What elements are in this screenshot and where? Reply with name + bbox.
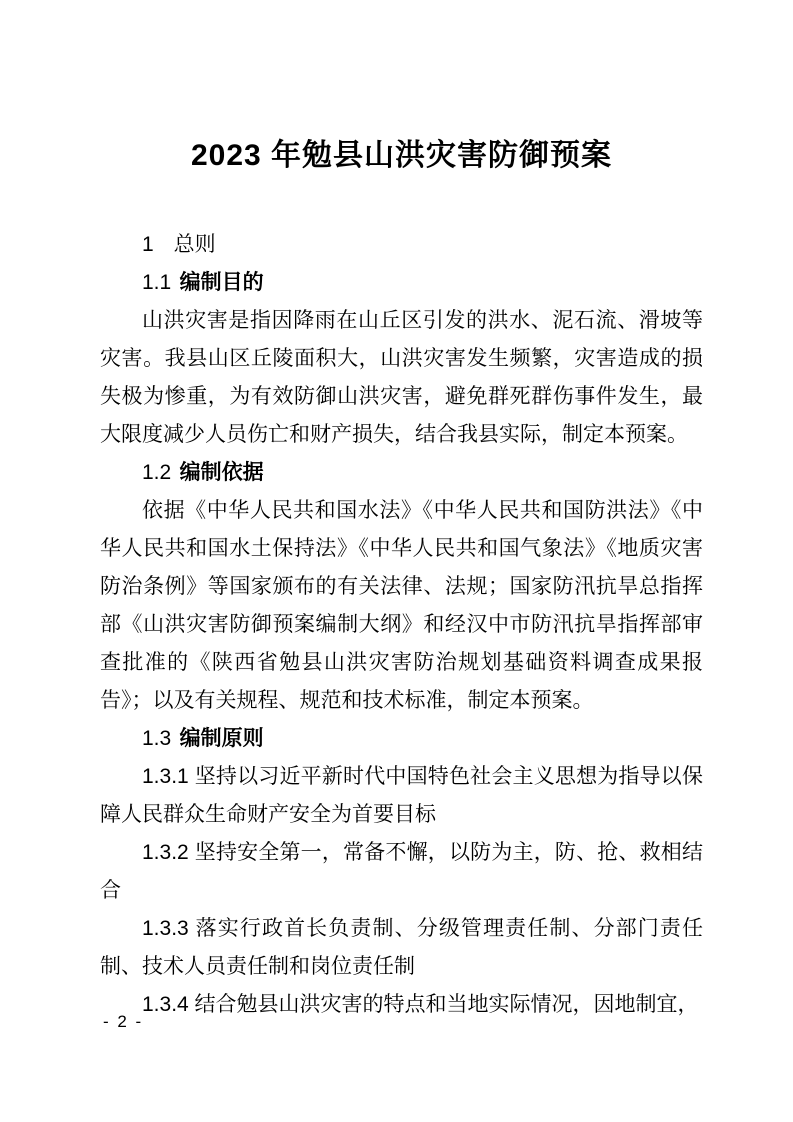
- paragraph-principle-3: 1.3.3 落实行政首长负责制、分级管理责任制、分部门责任制、技术人员责任制和岗…: [100, 910, 703, 986]
- page-number: - 2 -: [103, 1012, 143, 1032]
- chapter-title: 总则: [174, 233, 216, 256]
- section-title: 编制依据: [180, 461, 264, 484]
- chapter-heading: 1总则: [100, 226, 703, 264]
- section-heading-editorial-principles: 1.3编制原则: [100, 720, 703, 758]
- document-body: 1总则 1.1编制目的 山洪灾害是指因降雨在山丘区引发的洪水、泥石流、滑坡等灾害…: [100, 226, 703, 1024]
- section-number: 1.2: [142, 461, 171, 484]
- section-heading-editorial-basis: 1.2编制依据: [100, 454, 703, 492]
- section-heading-editorial-purpose: 1.1编制目的: [100, 264, 703, 302]
- document-title: 2023 年勉县山洪灾害防御预案: [100, 138, 703, 174]
- page-content: 2023 年勉县山洪灾害防御预案 1总则 1.1编制目的 山洪灾害是指因降雨在山…: [100, 0, 703, 1024]
- paragraph-principle-2: 1.3.2 坚持安全第一，常备不懈，以防为主，防、抢、救相结合: [100, 834, 703, 910]
- section-number: 1.1: [142, 271, 171, 294]
- document-page: 2023 年勉县山洪灾害防御预案 1总则 1.1编制目的 山洪灾害是指因降雨在山…: [0, 0, 793, 1122]
- section-title: 编制目的: [180, 271, 264, 294]
- chapter-number: 1: [142, 233, 154, 256]
- paragraph-basis: 依据《中华人民共和国水法》《中华人民共和国防洪法》《中华人民共和国水土保持法》《…: [100, 492, 703, 720]
- section-title: 编制原则: [180, 727, 264, 750]
- paragraph-principle-4: 1.3.4 结合勉县山洪灾害的特点和当地实际情况，因地制宜，: [100, 986, 703, 1024]
- paragraph-principle-1: 1.3.1 坚持以习近平新时代中国特色社会主义思想为指导以保障人民群众生命财产安…: [100, 758, 703, 834]
- section-number: 1.3: [142, 727, 171, 750]
- paragraph-purpose: 山洪灾害是指因降雨在山丘区引发的洪水、泥石流、滑坡等灾害。我县山区丘陵面积大，山…: [100, 302, 703, 454]
